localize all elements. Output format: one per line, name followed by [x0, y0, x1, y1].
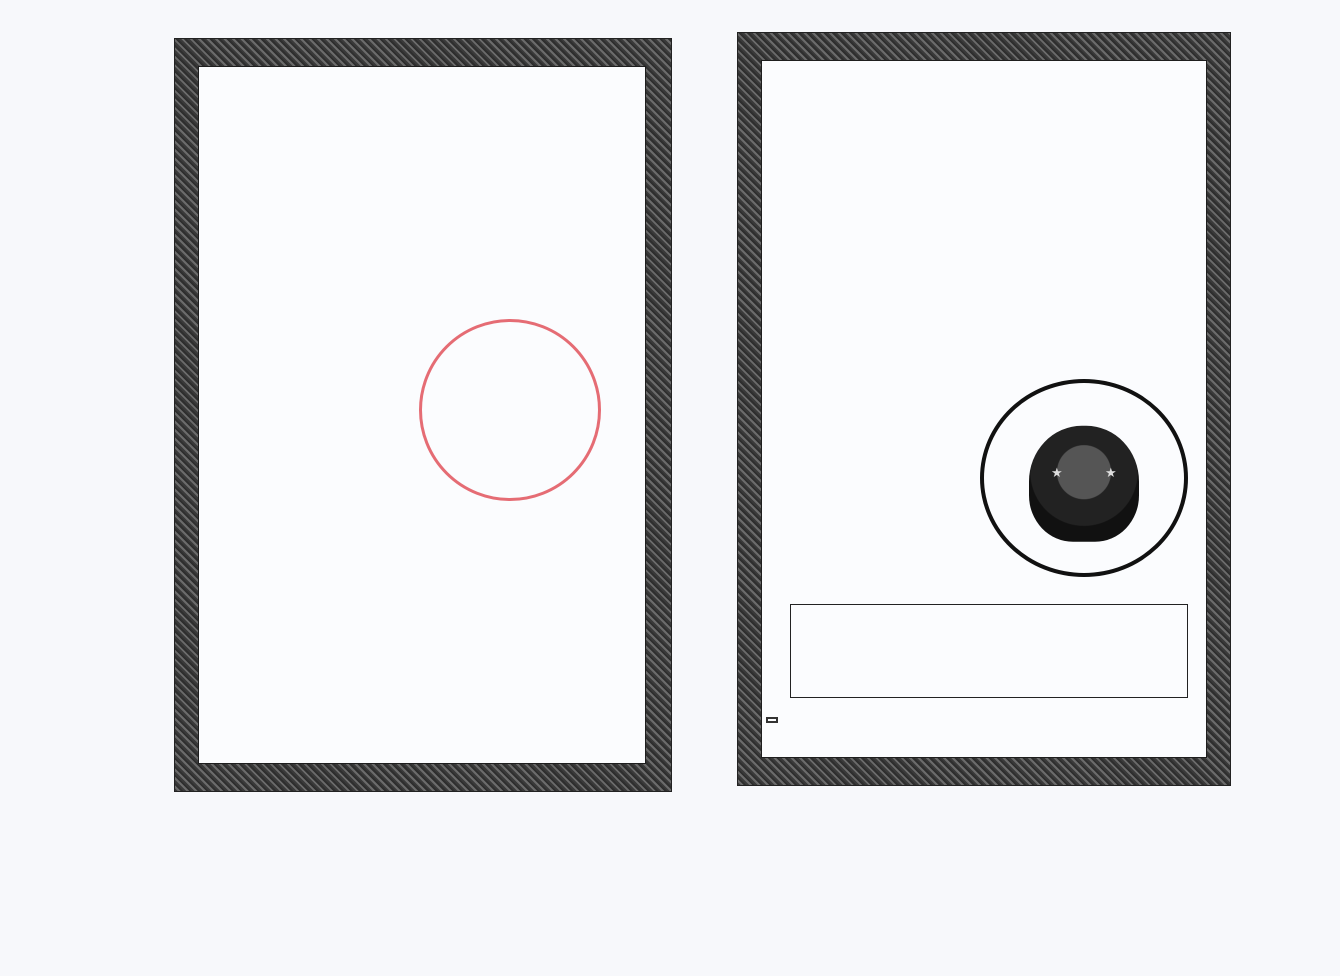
seal-ring-text [984, 383, 1184, 573]
border-text-right [646, 70, 666, 760]
border-text-top [762, 36, 1204, 58]
border-text-left [176, 70, 196, 760]
instructions-body: ★ ★ [761, 60, 1207, 758]
seal-ring-text [422, 322, 598, 498]
digital-certificate-stamp [766, 717, 778, 723]
annual-record-grid [790, 604, 1188, 698]
barcode [343, 262, 579, 302]
border-text-left [739, 64, 759, 754]
company-red-seal [419, 319, 601, 501]
border-text-top [200, 42, 644, 64]
border-text-right [1206, 64, 1226, 754]
border-text-bottom [200, 765, 644, 787]
certificate-body [198, 66, 646, 764]
border-text-bottom [762, 759, 1204, 781]
national-seal: ★ ★ [980, 379, 1188, 577]
